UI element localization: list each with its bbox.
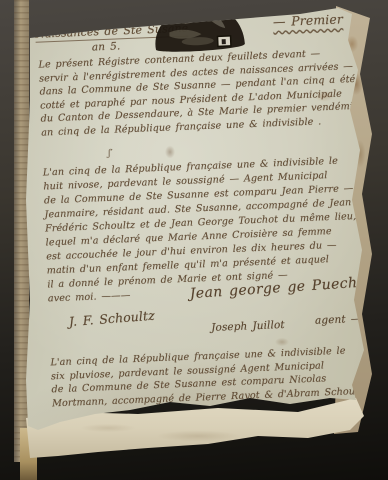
signature-witness: J. F. Schoultz bbox=[68, 308, 155, 329]
birth-act-second: L'an cinq de la République française une… bbox=[28, 0, 368, 2]
manuscript-page: Naissances de Ste Susane an 5. — Premier… bbox=[20, 4, 372, 440]
page-number-label: — Premier bbox=[273, 11, 344, 29]
signature-block: Jean george ge Puechot J. F. Schoultz Jo… bbox=[28, 0, 368, 2]
fiscal-stamp-icon bbox=[148, 0, 252, 53]
stray-mark: ʃ′ bbox=[108, 149, 113, 159]
manuscript-scan: Naissances de Ste Susane an 5. — Premier… bbox=[0, 0, 388, 480]
opening-statement: Le présent Régistre contenant deux feuil… bbox=[28, 0, 368, 2]
handwritten-content: Naissances de Ste Susane an 5. — Premier… bbox=[28, 0, 387, 472]
signature-agent: Joseph Juillot bbox=[211, 319, 285, 334]
birth-act-marie: L'an cinq de la République française une… bbox=[28, 0, 368, 2]
text-line: avec moi. ——— bbox=[48, 290, 131, 304]
agent-title: agent — bbox=[315, 313, 362, 327]
register-year: an 5. bbox=[92, 40, 121, 53]
